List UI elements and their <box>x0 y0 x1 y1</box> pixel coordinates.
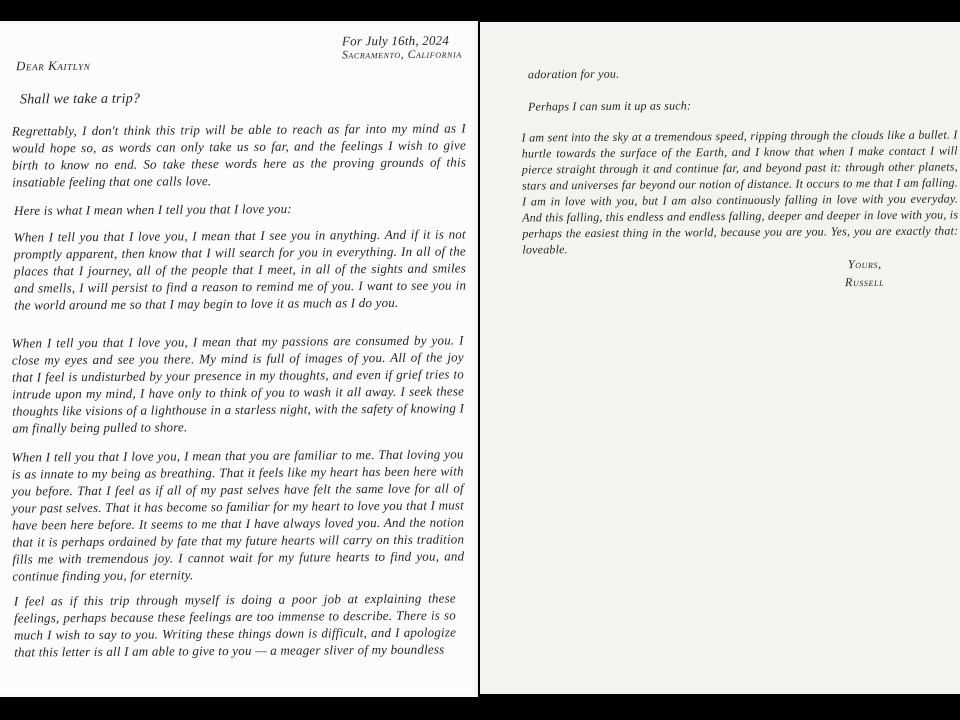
date-line: For July 16th, 2024 <box>342 33 462 49</box>
paragraph: Perhaps I can sum it up as such: <box>528 97 691 114</box>
location-line: Sacramento, California <box>342 48 462 64</box>
paragraph: I am sent into the sky at a tremendous s… <box>522 126 959 257</box>
letter-page-right: adoration for you. Perhaps I can sum it … <box>480 22 960 694</box>
letter-page-left: For July 16th, 2024 Sacramento, Californ… <box>0 21 478 697</box>
paragraph: I feel as if this trip through myself is… <box>14 589 456 660</box>
salutation: Dear Kaitlyn <box>16 57 90 75</box>
paragraph-trip-question: Shall we take a trip? <box>20 91 140 109</box>
paragraph: When I tell you that I love you, I mean … <box>12 331 465 436</box>
paragraph-lead-in: Here is what I mean when I tell you that… <box>14 200 292 219</box>
paragraph-continuation: adoration for you. <box>528 66 619 83</box>
closing: Yours, <box>848 256 882 272</box>
letter-scan-stage: For July 16th, 2024 Sacramento, Californ… <box>0 0 960 720</box>
signature: Russell <box>845 274 884 290</box>
paragraph: When I tell you that I love you, I mean … <box>12 445 465 584</box>
paragraph: Regrettably, I don't think this trip wil… <box>12 119 466 190</box>
date-block: For July 16th, 2024 Sacramento, Californ… <box>342 33 462 64</box>
paragraph: When I tell you that I love you, I mean … <box>14 225 467 313</box>
